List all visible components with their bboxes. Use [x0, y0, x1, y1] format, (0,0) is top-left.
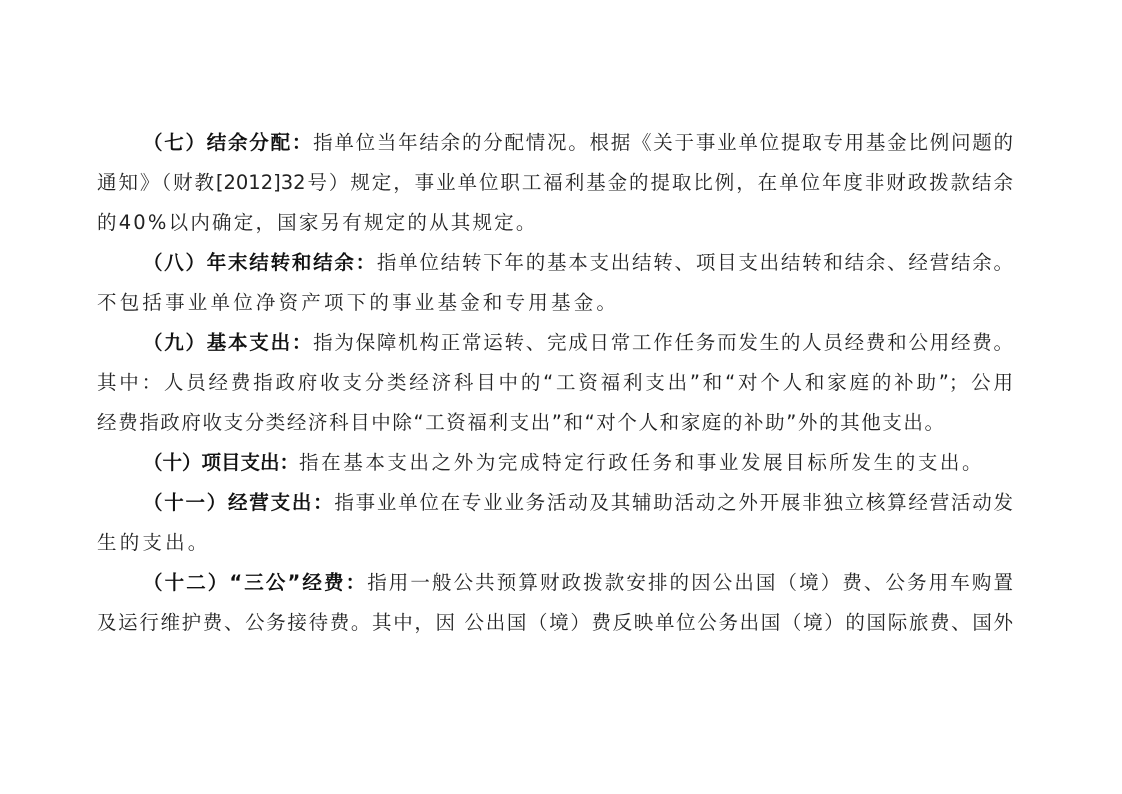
paragraph-8-line-2: 不包括事业单位净资产项下的事业基金和专用基金。 — [97, 286, 619, 320]
section-text: 指在基本支出之外为完成特定行政任务和事业发展目标所发生的支出。 — [299, 451, 984, 474]
paragraph-7-line-2: 通知》（财教[2012]32号）规定，事业单位职工福利基金的提取比例，在单位年度… — [97, 166, 1013, 200]
section-text: 指单位结转下年的基本支出结转、项目支出结转和结余、经营结余。 — [377, 251, 1013, 274]
paragraph-9-line-3: 经费指政府收支分类经济科目中除“工资福利支出”和“对个人和家庭的补助”外的其他支… — [97, 406, 946, 440]
section-text: 指用一般公共预算财政拨款安排的因公出国（境）费、公务用车购置 — [367, 571, 1013, 594]
section-heading-9: （九）基本支出： — [143, 331, 313, 354]
paragraph-12-line-1: （十二）“三公”经费：指用一般公共预算财政拨款安排的因公出国（境）费、公务用车购… — [97, 566, 1013, 600]
section-text: 指为保障机构正常运转、完成日常工作任务而发生的人员经费和公用经费。 — [313, 331, 1013, 354]
paragraph-9-line-2: 其中：人员经费指政府收支分类经济科目中的“工资福利支出”和“对个人和家庭的补助”… — [97, 366, 1013, 400]
paragraph-8-line-1: （八）年末结转和结余：指单位结转下年的基本支出结转、项目支出结转和结余、经营结余… — [97, 246, 1013, 280]
paragraph-7-line-1: （七）结余分配：指单位当年结余的分配情况。根据《关于事业单位提取专用基金比例问题… — [97, 126, 1013, 160]
paragraph-11-line-2: 生的支出。 — [97, 526, 211, 560]
section-heading-11: （十一）经营支出： — [143, 491, 334, 514]
section-heading-12: （十二）“三公”经费： — [143, 571, 367, 594]
paragraph-9-line-1: （九）基本支出：指为保障机构正常运转、完成日常工作任务而发生的人员经费和公用经费… — [97, 326, 1013, 360]
paragraph-12-line-2: 及运行维护费、公务接待费。其中，因 公出国（境）费反映单位公务出国（境）的国际旅… — [97, 606, 1013, 640]
paragraph-7-line-3: 的40%以内确定，国家另有规定的从其规定。 — [97, 206, 538, 240]
section-heading-10: （十）项目支出： — [143, 451, 299, 474]
paragraph-11-line-1: （十一）经营支出：指事业单位在专业业务活动及其辅助活动之外开展非独立核算经营活动… — [97, 486, 1013, 520]
section-text: 指单位当年结余的分配情况。根据《关于事业单位提取专用基金比例问题的 — [313, 131, 1013, 154]
section-text: 指事业单位在专业业务活动及其辅助活动之外开展非独立核算经营活动发 — [334, 491, 1013, 514]
section-heading-8: （八）年末结转和结余： — [143, 251, 377, 274]
paragraph-10-line-1: （十）项目支出：指在基本支出之外为完成特定行政任务和事业发展目标所发生的支出。 — [97, 446, 984, 480]
section-heading-7: （七）结余分配： — [143, 131, 313, 154]
